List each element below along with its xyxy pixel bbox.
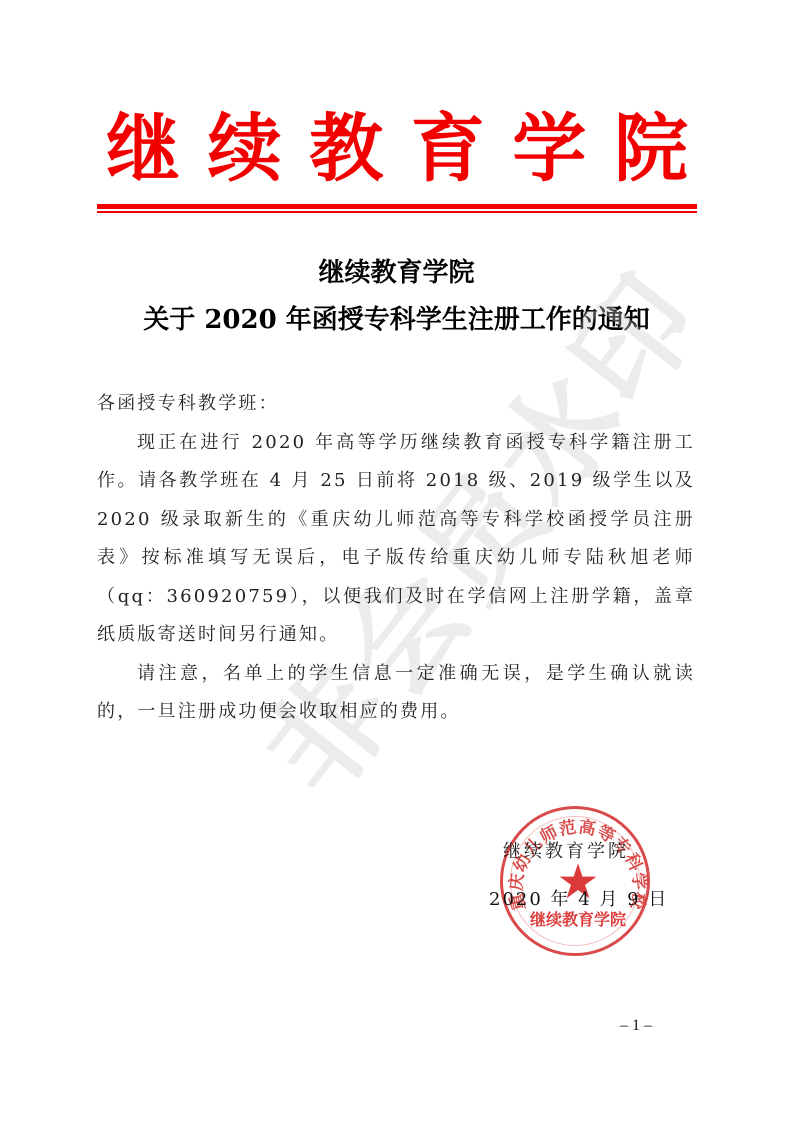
official-seal: 重庆幼儿师范高等专科学校 ★ 继续教育学院 bbox=[500, 806, 650, 956]
masthead-title: 继 续 教 育 学 院 bbox=[98, 104, 696, 194]
masthead-char: 育 bbox=[403, 104, 493, 194]
document-body: 各函授专科教学班： 现正在进行 2020 年高等学历继续教育函授专科学籍注册工作… bbox=[97, 385, 695, 732]
salutation: 各函授专科教学班： bbox=[97, 385, 695, 424]
masthead-char: 续 bbox=[200, 104, 290, 194]
body-paragraph-2: 请注意，名单上的学生信息一定准确无误，是学生确认就读的，一旦注册成功便会收取相应… bbox=[97, 655, 695, 732]
document-page: 继 续 教 育 学 院 继续教育学院 关于 2020 年函授专科学生注册工作的通… bbox=[0, 0, 793, 1122]
signature-organization: 继续教育学院 bbox=[503, 840, 629, 864]
document-title-line1: 继续教育学院 bbox=[0, 255, 793, 291]
masthead-char: 院 bbox=[606, 104, 696, 194]
body-paragraph-1: 现正在进行 2020 年高等学历继续教育函授专科学籍注册工作。请各教学班在 4 … bbox=[97, 424, 695, 655]
masthead-char: 继 bbox=[98, 104, 188, 194]
document-title-line2: 关于 2020 年函授专科学生注册工作的通知 bbox=[0, 302, 793, 338]
masthead-char: 学 bbox=[504, 104, 594, 194]
masthead-divider-thin bbox=[97, 211, 697, 213]
page-number: – 1 – bbox=[620, 1016, 652, 1036]
masthead-char: 教 bbox=[301, 104, 391, 194]
masthead-divider-thick bbox=[97, 204, 697, 209]
signature-date: 2020 年 4 月 9 日 bbox=[489, 888, 668, 912]
